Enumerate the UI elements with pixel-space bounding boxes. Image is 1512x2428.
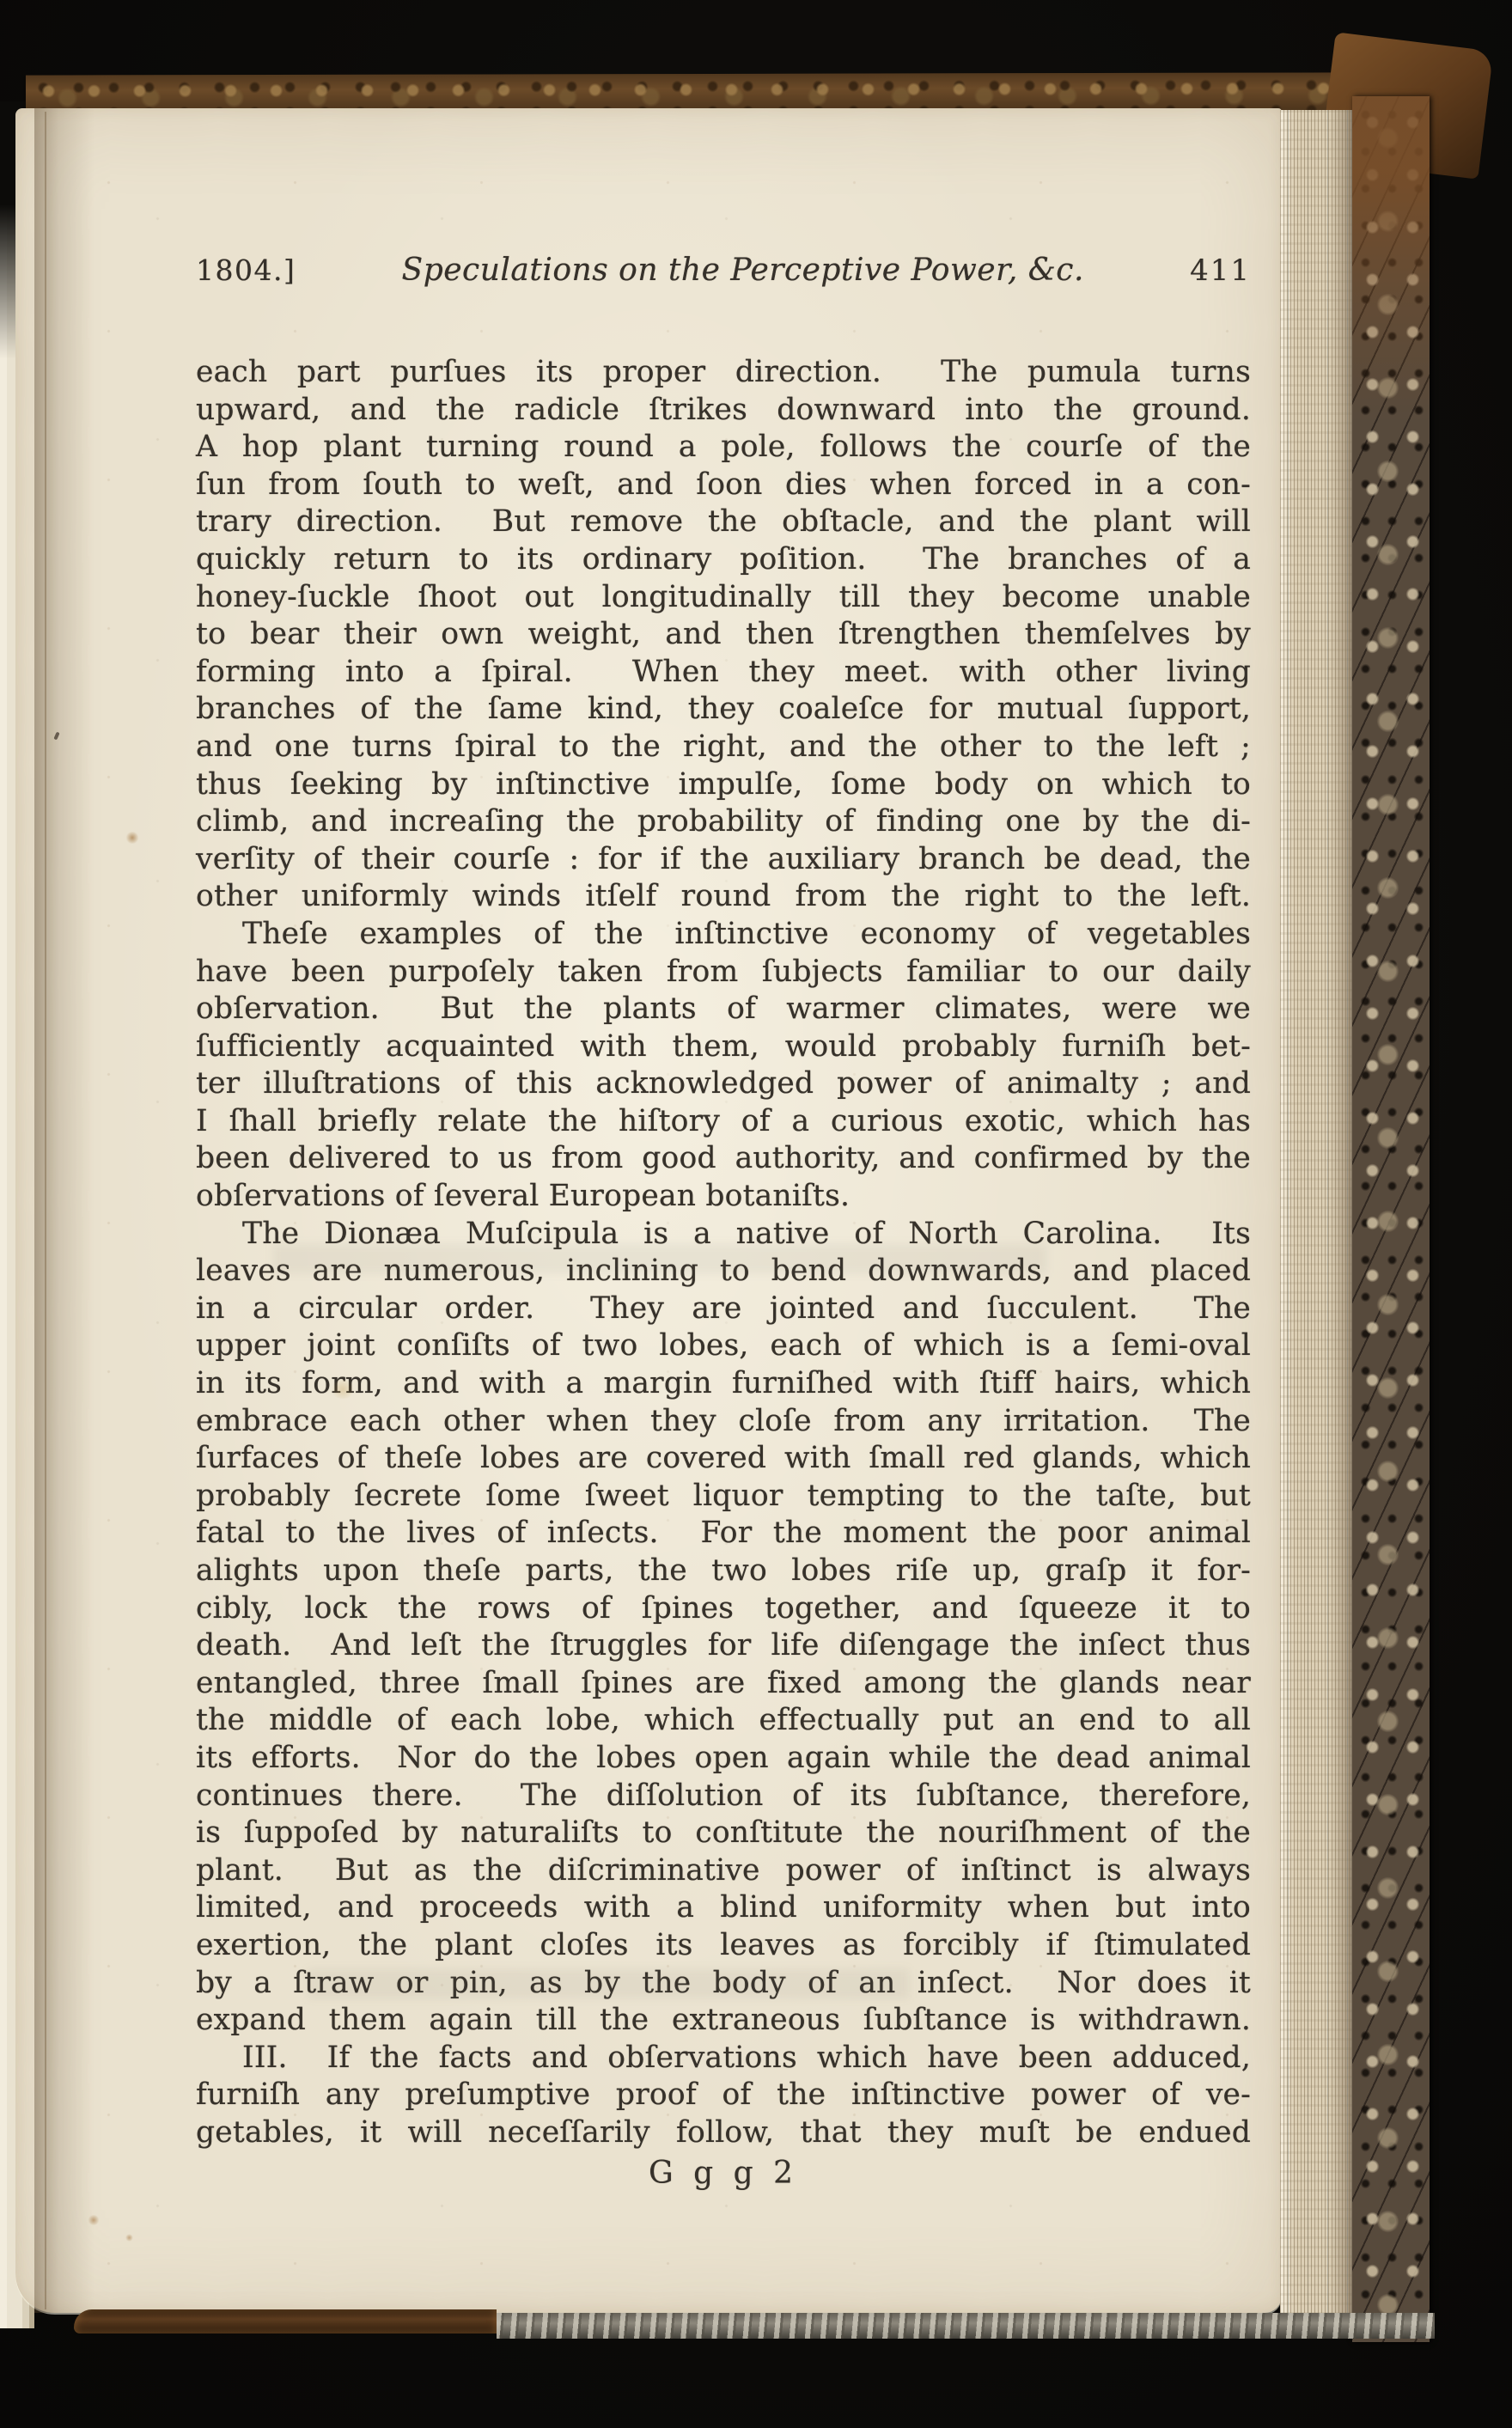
text-line: is ſuppoſed by naturaliſts to conſtitute… <box>196 1815 1251 1852</box>
fore-edge-pages <box>1280 110 1352 2318</box>
text-line: alights upon theſe parts, the two lobes … <box>196 1553 1251 1590</box>
text-line: continues there. The diſſolution of its … <box>196 1778 1251 1815</box>
paragraph: Theſe examples of the inſtinctive econom… <box>196 916 1251 1216</box>
text-line: the middle of each lobe, which effectual… <box>196 1702 1251 1740</box>
text-line: furniſh any preſumptive proof of the inſ… <box>196 2077 1251 2114</box>
marbled-board-edge <box>1352 96 1430 2342</box>
text-line: ter illuſtrations of this acknowledged p… <box>196 1065 1251 1103</box>
text-line: and one turns ſpiral to the right, and t… <box>196 729 1251 766</box>
stain <box>125 2234 133 2242</box>
top-edge-band <box>26 72 1352 113</box>
text-line: exertion, the plant cloſes its leaves as… <box>196 1927 1251 1965</box>
text-line: to bear their own weight, and then ſtren… <box>196 616 1251 654</box>
text-line: entangled, three ſmall ſpines are fixed … <box>196 1665 1251 1703</box>
text-line: upward, and the radicle ſtrikes downward… <box>196 392 1251 430</box>
gutter-crease <box>45 112 46 2309</box>
text-line: quickly return to its ordinary poſition.… <box>196 541 1251 579</box>
paragraph: III. If the facts and obſervations which… <box>196 2040 1251 2152</box>
text-line: probably ſecrete ſome ſweet liquor tempt… <box>196 1478 1251 1516</box>
text-line: obſervation. But the plants of warmer cl… <box>196 991 1251 1028</box>
text-line: ſun from ſouth to weſt, and ſoon dies wh… <box>196 467 1251 504</box>
gutter-shadow <box>34 108 94 2313</box>
text-line: plant. But as the diſcriminative power o… <box>196 1852 1251 1890</box>
text-line: ſurfaces of theſe lobes are covered with… <box>196 1440 1251 1478</box>
text-line: embrace each other when they cloſe from … <box>196 1403 1251 1441</box>
text-line: Theſe examples of the inſtinctive econom… <box>196 916 1251 954</box>
page-header: 1804.] Speculations on the Perceptive Po… <box>196 253 1251 288</box>
text-line: in a circular order. They are jointed an… <box>196 1290 1251 1328</box>
bottom-edge-marbled <box>497 2313 1435 2339</box>
paragraph: The Dionæa Muſcipula is a native of Nort… <box>196 1216 1251 2040</box>
page-number: 411 <box>1190 253 1251 288</box>
text-line: getables, it will neceſſarily follow, th… <box>196 2114 1251 2152</box>
show-through-smudge <box>308 1969 909 1998</box>
text-line: cibly, lock the rows of ſpines together,… <box>196 1590 1251 1628</box>
text-line: obſervations of ſeveral European botaniſ… <box>196 1178 1251 1216</box>
stain <box>125 832 139 844</box>
text-line: been delivered to us from good authority… <box>196 1140 1251 1178</box>
text-line: upper joint conſiſts of two lobes, each … <box>196 1327 1251 1365</box>
text-line: verſity of their courſe : for if the aux… <box>196 841 1251 879</box>
show-through-smudge <box>273 1244 1046 1273</box>
text-line: its efforts. Nor do the lobes open again… <box>196 1740 1251 1778</box>
text-line: fatal to the lives of inſects. For the m… <box>196 1515 1251 1553</box>
text-line: III. If the facts and obſervations which… <box>196 2040 1251 2077</box>
text-line: other uniformly winds itſelf round from … <box>196 878 1251 916</box>
text-line: honey-ſuckle ſhoot out longitudinally ti… <box>196 579 1251 617</box>
text-line: in its form, and with a margin furniſhed… <box>196 1365 1251 1403</box>
book-page: 1804.] Speculations on the Perceptive Po… <box>15 108 1282 2313</box>
text-line: forming into a ſpiral. When they meet. w… <box>196 654 1251 692</box>
text-line: climb, and increaſing the probability of… <box>196 803 1251 841</box>
text-line: branches of the ſame kind, they coaleſce… <box>196 691 1251 729</box>
text-line: have been purpoſely taken from ſubjects … <box>196 954 1251 991</box>
book-scan: 1804.] Speculations on the Perceptive Po… <box>0 0 1512 2428</box>
text-line: limited, and proceeds with a blind unifo… <box>196 1889 1251 1927</box>
bottom-edge-brown <box>74 2309 497 2333</box>
text-line: A hop plant turning round a pole, follow… <box>196 429 1251 467</box>
signature-mark: G g g 2 <box>196 2155 1251 2193</box>
text-line: expand them again till the extraneous ſu… <box>196 2002 1251 2040</box>
text-line: trary direction. But remove the obſtacle… <box>196 503 1251 541</box>
text-line: death. And leſt the ſtruggles for life d… <box>196 1627 1251 1665</box>
text-line: thus ſeeking by inſtinctive impulſe, ſom… <box>196 766 1251 804</box>
header-year: 1804.] <box>196 253 296 287</box>
paragraph: each part purſues its proper direction. … <box>196 354 1251 916</box>
text-line: ſufficiently acquainted with them, would… <box>196 1028 1251 1066</box>
running-title: Speculations on the Perceptive Power, &c… <box>296 253 1190 288</box>
text-line: I ſhall briefly relate the hiſtory of a … <box>196 1103 1251 1141</box>
text-line: each part purſues its proper direction. … <box>196 354 1251 392</box>
